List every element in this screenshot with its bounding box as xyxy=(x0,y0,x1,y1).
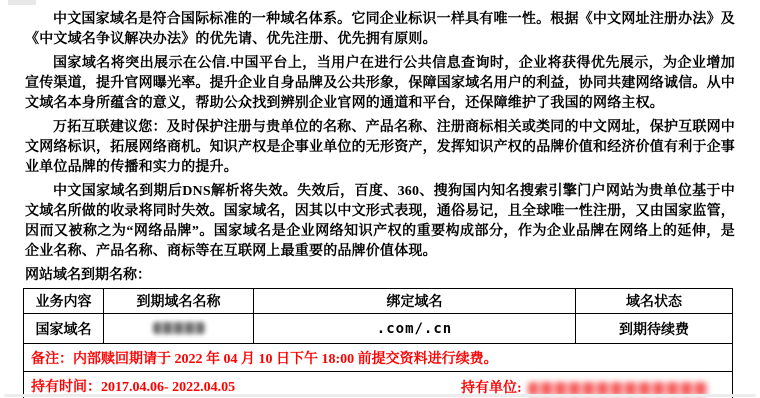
cell-domain-status: 到期待续费 xyxy=(576,314,733,344)
header-business-content: 业务内容 xyxy=(24,289,104,314)
header-expiring-domain-name: 到期域名名称 xyxy=(104,289,254,314)
table-caption: 网站域名到期名称： xyxy=(25,266,735,286)
table-row: 国家域名 .com/.cn 到期待续费 xyxy=(24,314,733,344)
page-bottom-edge xyxy=(4,394,756,397)
cell-expiring-domain xyxy=(104,314,254,344)
remark-row: 备注：内部赎回期请于 2022 年 04 月 10 日下午 18:00 前提交资… xyxy=(24,344,733,372)
paragraph-2: 国家域名将突出展示在公信.中国平台上，当用户在进行公共信息查询时，企业将获得优先… xyxy=(25,54,735,114)
paragraph-1: 中文国家域名是符合国际标准的一种域名体系。它同企业标识一样具有唯一性。根据《中文… xyxy=(25,10,735,50)
cell-bound-domain: .com/.cn xyxy=(254,314,576,344)
holding-time-label: 持有时间： xyxy=(31,380,101,395)
remark-text: 备注：内部赎回期请于 2022 年 04 月 10 日下午 18:00 前提交资… xyxy=(24,344,733,372)
holding-time-value: 2017.04.06- 2022.04.05 xyxy=(101,380,235,395)
document-content: 中文国家域名是符合国际标准的一种域名体系。它同企业标识一样具有唯一性。根据《中文… xyxy=(25,10,735,398)
redacted-domain-blur xyxy=(153,322,205,334)
scrollbar-artifact xyxy=(8,0,36,5)
paragraph-3: 万拓互联建议您：及时保护注册与贵单位的名称、产品名称、注册商标相关或类同的中文网… xyxy=(25,118,735,178)
cell-business-type: 国家域名 xyxy=(24,314,104,344)
header-domain-status: 域名状态 xyxy=(576,289,733,314)
table-header-row: 业务内容 到期域名名称 绑定域名 域名状态 xyxy=(24,289,733,314)
document-page: 中文国家域名是符合国际标准的一种域名体系。它同企业标识一样具有唯一性。根据《中文… xyxy=(0,0,760,398)
domain-expiry-table: 业务内容 到期域名名称 绑定域名 域名状态 国家域名 .com/.cn 到期待续… xyxy=(23,288,733,398)
header-bound-domain: 绑定域名 xyxy=(254,289,576,314)
paragraph-4: 中文国家域名到期后DNS解析将失效。失效后，百度、360、搜狗国内知名搜索引擎门… xyxy=(25,182,735,262)
